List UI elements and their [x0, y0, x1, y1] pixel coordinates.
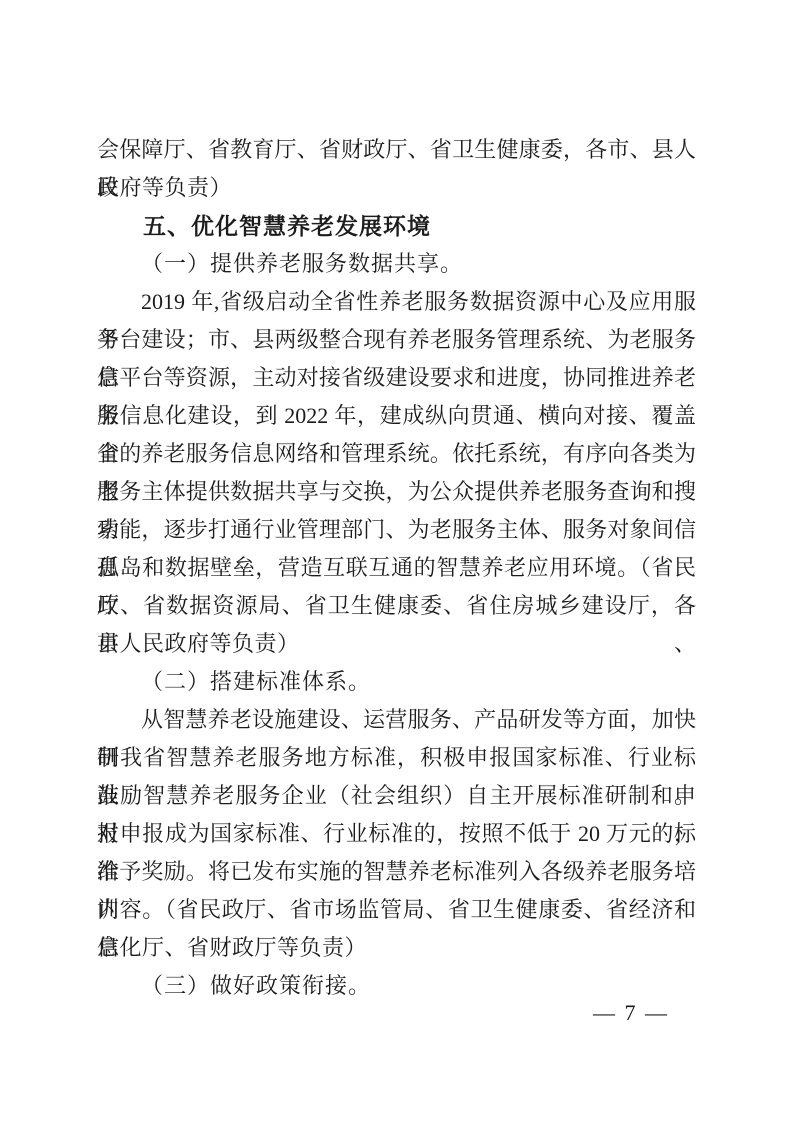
document-body: 会保障厅、省教育厅、省财政厅、省卫生健康委，各市、县人民 政府等负责） 五、优化…: [97, 131, 696, 1005]
text-line: 务信息化建设，到 2022 年，建成纵向贯通、横向对接、覆盖全: [97, 397, 696, 435]
text-line: 息平台等资源，主动对接省级建设要求和进度，协同推进养老服: [97, 359, 696, 397]
subsection-heading: （二）搭建标准体系。: [97, 663, 696, 701]
text-line: 给予奖励。将已发布实施的智慧养老标准列入各级养老服务培训: [97, 853, 696, 891]
text-line: 从智慧养老设施建设、运营服务、产品研发等方面，加快研: [97, 701, 696, 739]
text-line: 息化厅、省财政厅等负责）: [97, 929, 696, 967]
text-line: 厅、省数据资源局、省卫生健康委、省住房城乡建设厅，各市、: [97, 587, 696, 625]
subsection-heading: （一）提供养老服务数据共享。: [97, 245, 696, 283]
text-line: 对申报成为国家标准、行业标准的，按照不低于 20 万元的标准: [97, 815, 696, 853]
text-line: 2019 年,省级启动全省性养老服务数据资源中心及应用服务: [97, 283, 696, 321]
text-line: 制我省智慧养老服务地方标准，积极申报国家标准、行业标准。: [97, 739, 696, 777]
text-line: 会保障厅、省教育厅、省财政厅、省卫生健康委，各市、县人民: [97, 131, 696, 169]
document-page: 会保障厅、省教育厅、省财政厅、省卫生健康委，各市、县人民 政府等负责） 五、优化…: [0, 0, 793, 1122]
text-line: 鼓励智慧养老服务企业（社会组织）自主开展标准研制和申报，: [97, 777, 696, 815]
text-line: 孤岛和数据壁垒，营造互联互通的智慧养老应用环境。（省民政: [97, 549, 696, 587]
text-line: 服务主体提供数据共享与交换，为公众提供养老服务查询和搜索: [97, 473, 696, 511]
section-heading: 五、优化智慧养老发展环境: [97, 207, 696, 245]
text-line: 内容。（省民政厅、省市场监管局、省卫生健康委、省经济和信: [97, 891, 696, 929]
text-line: 政府等负责）: [97, 169, 696, 207]
page-number: — 7 —: [593, 1001, 669, 1025]
text-line: 功能，逐步打通行业管理部门、为老服务主体、服务对象间信息: [97, 511, 696, 549]
text-line: 省的养老服务信息网络和管理系统。依托系统，有序向各类为老: [97, 435, 696, 473]
text-line: 平台建设；市、县两级整合现有养老服务管理系统、为老服务信: [97, 321, 696, 359]
